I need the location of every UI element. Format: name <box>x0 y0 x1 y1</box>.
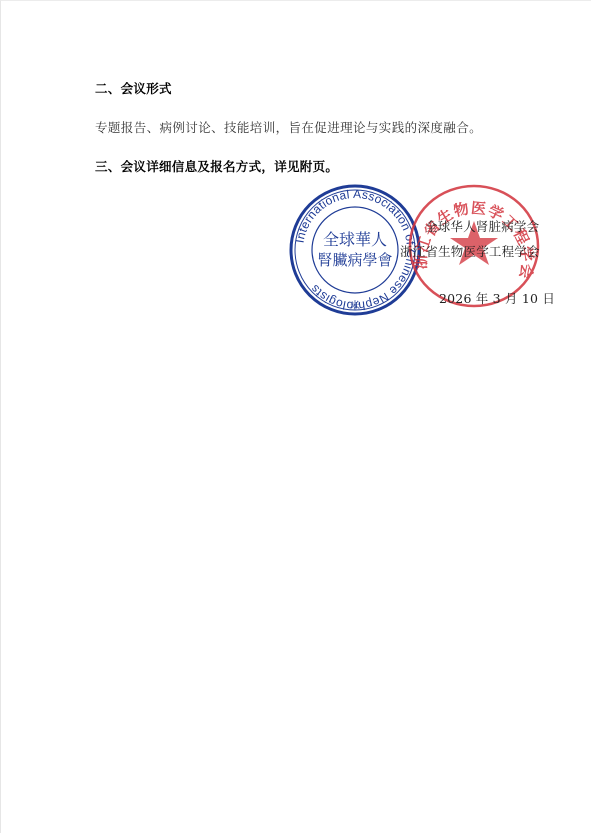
section-heading-details: 三、会议详细信息及报名方式，详见附页。 <box>95 157 338 175</box>
meeting-format-description: 专题报告、病例讨论、技能培训，旨在促进理论与实践的深度融合。 <box>95 118 482 136</box>
signature-date: 2026 年 3 月 10 日 <box>439 289 555 307</box>
signature-org-1: 全球华人肾脏病学会 <box>425 217 539 235</box>
section-heading-meeting-format: 二、会议形式 <box>95 79 172 97</box>
blue-seal-inner-line2: 腎臟病學會 <box>317 251 392 269</box>
blue-seal-symbol: 米 <box>350 299 360 312</box>
document-page: 二、会议形式 专题报告、病例讨论、技能培训，旨在促进理论与实践的深度融合。 三、… <box>0 0 591 833</box>
blue-seal-inner-line1: 全球華人 <box>323 230 387 249</box>
signature-org-2: 浙江省生物医学工程学会 <box>400 242 540 260</box>
